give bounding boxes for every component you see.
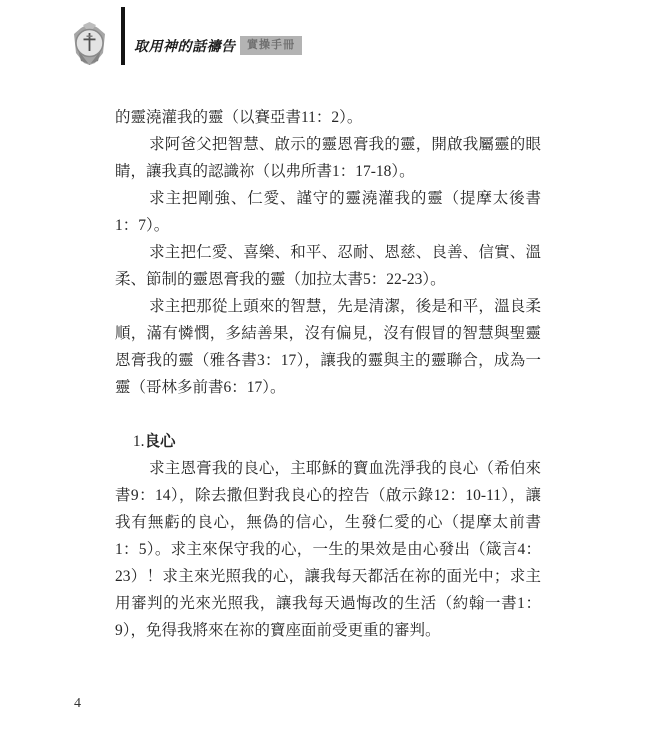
body-paragraph: 的靈澆灌我的靈（以賽亞書11：2）。 <box>115 104 541 131</box>
body-paragraph: 求主恩膏我的良心，主耶穌的寶血洗淨我的良心（希伯來書9：14），除去撒但對我良心… <box>115 455 541 644</box>
page-body: 的靈澆灌我的靈（以賽亞書11：2）。 求阿爸父把智慧、啟示的靈恩膏我的靈，開啟我… <box>115 104 541 644</box>
body-paragraph: 求主把那從上頭來的智慧，先是清潔，後是和平，溫良柔順，滿有憐憫，多結善果，沒有偏… <box>115 293 541 401</box>
page-number: 4 <box>74 696 81 712</box>
section-title: 良心 <box>144 433 175 450</box>
section-heading: 1.良心 <box>115 428 541 455</box>
body-paragraph: 求阿爸父把智慧、啟示的靈恩膏我的靈，開啟我屬靈的眼睛，讓我真的認識祢（以弗所書1… <box>115 131 541 185</box>
header-divider <box>121 7 125 65</box>
handbook-badge: 實操手冊 <box>240 36 302 55</box>
section-number: 1. <box>133 433 145 450</box>
book-page: 取用神的話禱告 實操手冊 的靈澆灌我的靈（以賽亞書11：2）。 求阿爸父把智慧、… <box>0 0 650 750</box>
body-paragraph: 求主把仁愛、喜樂、和平、忍耐、恩慈、良善、信實、溫柔、節制的靈恩膏我的靈（加拉太… <box>115 239 541 293</box>
book-title: 取用神的話禱告 <box>134 36 236 56</box>
knight-helmet-cross-logo-icon <box>67 22 112 66</box>
body-paragraph: 求主把剛強、仁愛、謹守的靈澆灌我的靈（提摩太後書1：7）。 <box>115 185 541 239</box>
